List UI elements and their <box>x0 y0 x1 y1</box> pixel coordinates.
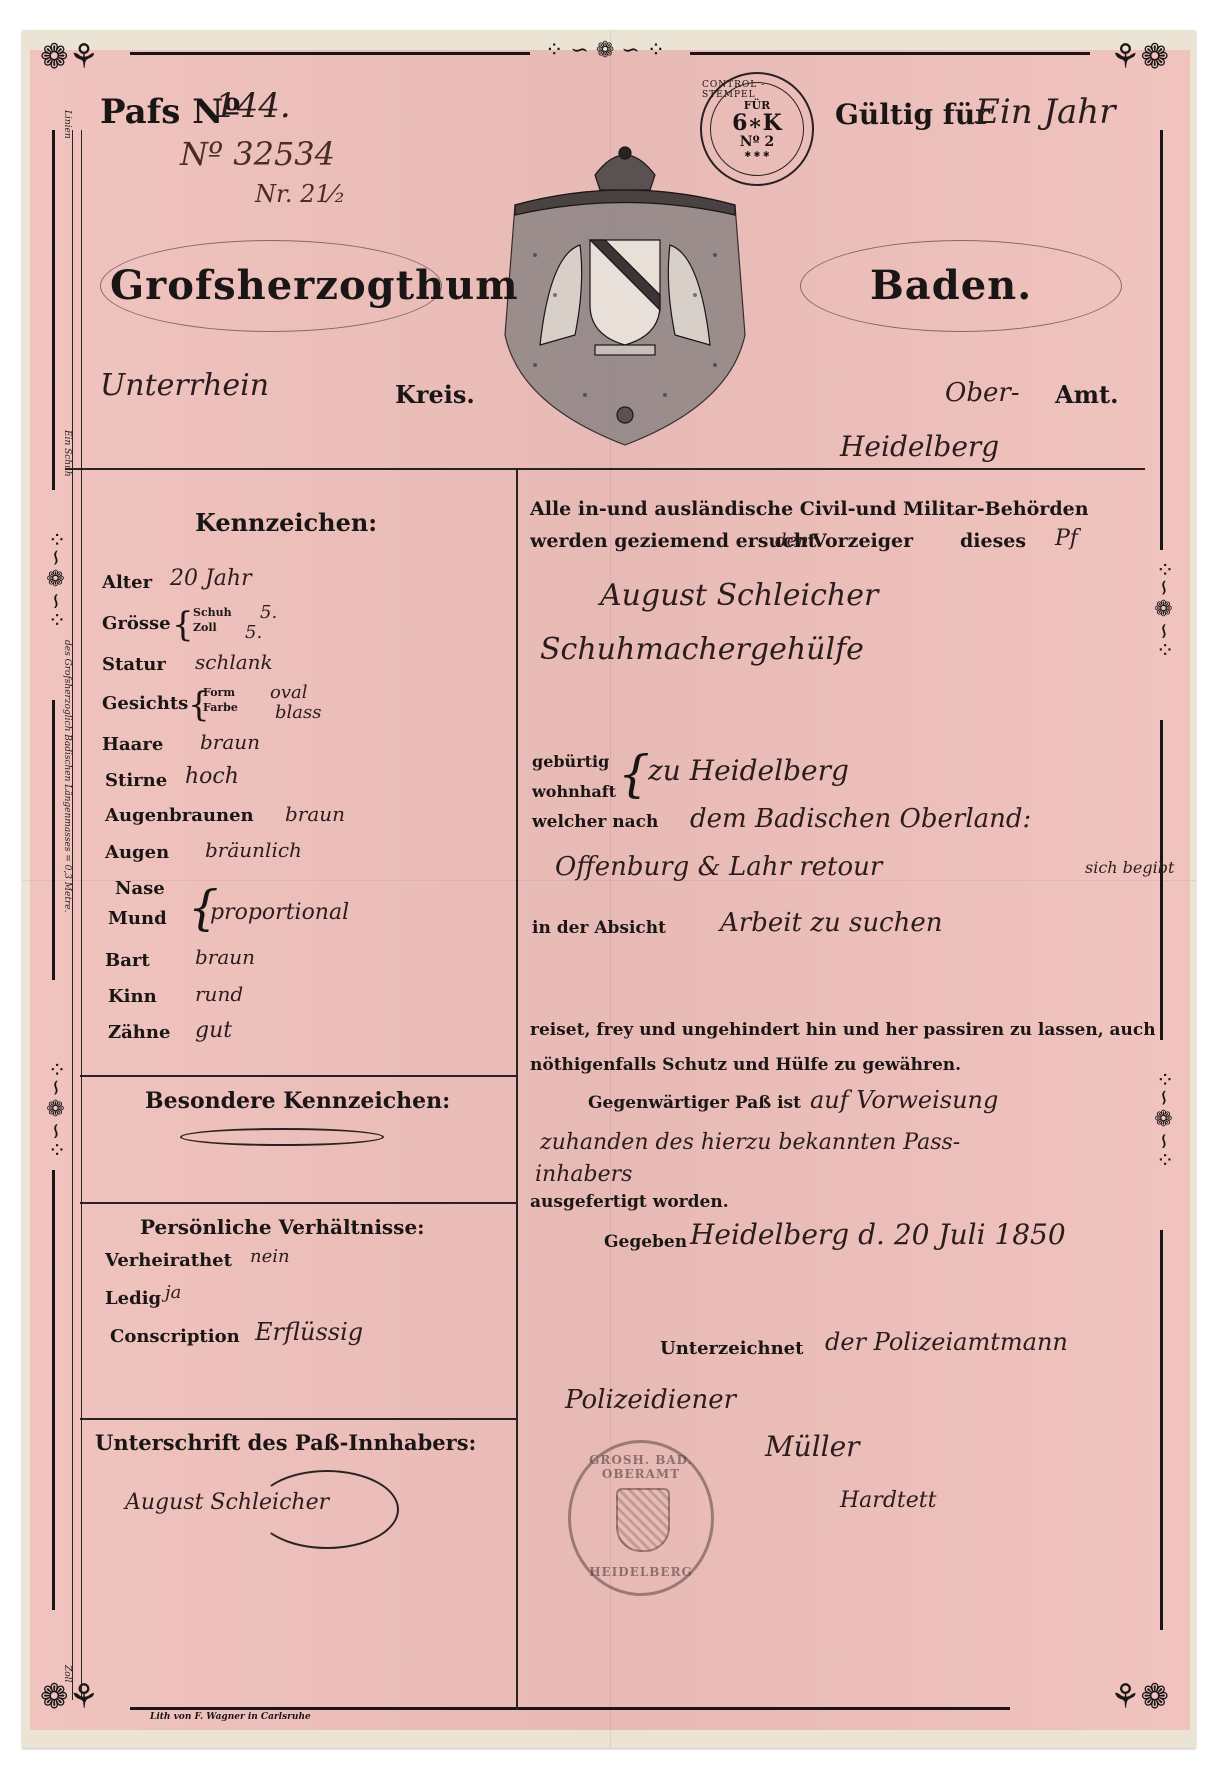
field-stirne-value: hoch <box>185 764 239 789</box>
amt-label: Amt. <box>1055 380 1118 409</box>
destination-label: welcher nach <box>532 812 658 832</box>
field-zaehne-label: Zähne <box>108 1022 170 1043</box>
intro-line-2-end: Pf <box>1055 526 1078 551</box>
field-bart-label: Bart <box>105 950 150 971</box>
persoenliche-heading: Persönliche Verhältnisse: <box>140 1215 425 1239</box>
field-mund-value: proportional <box>210 900 349 925</box>
field-nase-label: Nase <box>115 878 165 899</box>
kreis-label: Kreis. <box>395 380 475 409</box>
besondere-divider <box>80 1075 516 1077</box>
bearer-name: August Schleicher <box>600 578 878 613</box>
signature-flourish <box>255 1470 399 1549</box>
title-grossherzogthum: Grofsherzogthum <box>110 262 519 309</box>
field-groesse-schuh-value: 5. <box>260 602 277 623</box>
present-value-1: auf Vorweisung <box>810 1086 998 1114</box>
left-side-ornament-icon: ⁘∽❁∽⁘ <box>44 530 66 629</box>
conscription-label: Conscription <box>110 1326 240 1347</box>
field-statur-label: Statur <box>102 654 166 675</box>
signed-value-1: der Polizeiamtmann <box>825 1328 1068 1356</box>
clause-line-2: nöthigenfalls Schutz und Hülfe zu gewähr… <box>530 1055 961 1075</box>
brace-4-icon: { <box>618 745 650 803</box>
brace-icon: { <box>172 605 194 645</box>
besondere-heading: Besondere Kennzeichen: <box>145 1088 450 1114</box>
official-signature: Müller <box>765 1430 860 1463</box>
field-statur-value: schlank <box>195 650 273 674</box>
field-groesse-zoll-value: 5. <box>245 622 262 643</box>
seal-shield-icon <box>616 1488 670 1552</box>
amt-place: Heidelberg <box>840 430 999 463</box>
field-alter-label: Alter <box>102 572 152 593</box>
conscription-value: Erflüssig <box>255 1318 363 1346</box>
column-divider <box>516 470 518 1710</box>
field-haare-value: braun <box>200 730 260 754</box>
intro-line-2a: werden geziemend ersucht <box>530 530 816 552</box>
header-divider <box>65 468 1145 470</box>
printer-imprint: Lith von F. Wagner in Carlsruhe <box>150 1712 311 1722</box>
frame-right-rule-1 <box>1160 130 1163 550</box>
bearer-occupation: Schuhmachergehülfe <box>540 632 864 667</box>
frame-left-rule-2 <box>52 700 55 980</box>
ledig-label: Ledig <box>105 1288 161 1309</box>
coat-of-arms-icon <box>495 135 755 455</box>
field-augenbraunen-label: Augenbraunen <box>105 805 254 826</box>
field-kinn-value: rund <box>195 982 243 1006</box>
field-augen-value: bräunlich <box>205 838 302 862</box>
field-gesichts-farbe-value: blass <box>275 702 322 723</box>
field-mund-label: Mund <box>108 908 167 929</box>
left-side-ornament-2-icon: ⁘∽❁∽⁘ <box>44 1060 66 1159</box>
field-haare-label: Haare <box>102 734 163 755</box>
intro-line-2c: dieses <box>960 530 1026 552</box>
intro-line-2b: Vorzeiger <box>812 530 913 552</box>
field-augenbraunen-value: braun <box>285 802 345 826</box>
given-label: Gegeben <box>604 1232 687 1252</box>
besondere-flourish <box>180 1128 384 1146</box>
official-seal-place: HEIDELBERG <box>571 1565 711 1579</box>
valid-for-label: Gültig für <box>835 98 990 131</box>
ruler-label-linien: Linien <box>62 110 72 139</box>
corner-ornament-bottom-right-icon: ⚘❁ <box>1110 1680 1169 1714</box>
field-zaehne-value: gut <box>195 1018 232 1043</box>
present-value-2: zuhanden des hierzu bekannten Pass- <box>540 1130 960 1155</box>
frame-left-rule-1 <box>52 130 55 490</box>
top-center-ornament-icon: ⁘ ∽ ❁ ∽ ⁘ <box>545 40 665 62</box>
present-label: Gegenwärtiger Paß ist <box>588 1093 801 1113</box>
corner-ornament-bottom-left-icon: ❁⚘ <box>40 1680 99 1714</box>
verheirathet-label: Verheirathet <box>105 1250 232 1271</box>
right-side-ornament-icon: ⁘∽❁∽⁘ <box>1152 560 1174 659</box>
given-value: Heidelberg d. 20 Juli 1850 <box>690 1218 1066 1251</box>
field-kinn-label: Kinn <box>108 986 157 1007</box>
right-side-ornament-2-icon: ⁘∽❁∽⁘ <box>1152 1070 1174 1169</box>
amt-value: Ober- <box>945 378 1020 408</box>
intro-line-1: Alle in-und ausländische Civil-und Milit… <box>530 498 1089 520</box>
birth-value: zu Heidelberg <box>648 754 849 787</box>
corner-ornament-top-left-icon: ❁⚘ <box>40 40 99 74</box>
ruler-label-zoll: Zoll <box>62 1665 72 1682</box>
birth-label: gebürtig <box>532 752 609 771</box>
residence-label: wohnhaft <box>532 782 616 801</box>
signature-divider <box>80 1418 516 1420</box>
frame-right-rule-3 <box>1160 1230 1163 1630</box>
length-ruler <box>72 130 82 1700</box>
destination-value-2: Offenburg & Lahr retour <box>555 852 882 882</box>
clause-line-1: reiset, frey und ungehindert hin und her… <box>530 1020 1156 1040</box>
signature-heading: Unterschrift des Paß-Innhabers: <box>95 1430 476 1455</box>
kreis-value: Unterrhein <box>100 368 269 403</box>
field-bart-value: braun <box>195 945 255 969</box>
field-gesichts-form-value: oval <box>270 682 308 703</box>
frame-right-rule-2 <box>1160 720 1163 1040</box>
kennzeichen-heading: Kennzeichen: <box>195 508 377 537</box>
title-baden: Baden. <box>870 262 1032 309</box>
frame-bottom-rule <box>130 1707 1010 1710</box>
persoenliche-divider <box>80 1202 516 1204</box>
corner-ornament-top-right-icon: ⚘❁ <box>1110 40 1169 74</box>
frame-top-left-rule <box>130 52 530 55</box>
field-gesichts-label: Gesichts <box>102 693 188 714</box>
frame-left-rule-3 <box>52 1170 55 1610</box>
field-groesse-sub-zoll: Zoll <box>193 622 217 634</box>
purpose-label: in der Absicht <box>532 918 666 938</box>
official-seal: GROSH. BAD. OBERAMT HEIDELBERG <box>568 1440 714 1596</box>
field-alter-value: 20 Jahr <box>170 566 252 591</box>
register-note: Nr. 21⁄₂ <box>255 180 344 208</box>
destination-value-1: dem Badischen Oberland: <box>690 804 1031 834</box>
field-groesse-sub-schuh: Schuh <box>193 607 232 619</box>
frame-top-right-rule <box>690 52 1090 55</box>
verheirathet-value: nein <box>250 1246 290 1267</box>
ruler-text-measure: des Grofsherzoglich Badischen Längenmass… <box>62 640 72 912</box>
purpose-value: Arbeit zu suchen <box>720 908 943 938</box>
control-stamp-ring-text: CONTROL - STEMPEL <box>702 80 812 100</box>
pass-number-value: 144. <box>215 86 291 126</box>
field-augen-label: Augen <box>105 842 169 863</box>
valid-for-value: Ein Jahr <box>975 92 1115 132</box>
official-signature-2: Hardtett <box>840 1488 936 1513</box>
field-groesse-label: Grösse <box>102 613 171 634</box>
signed-label: Unterzeichnet <box>660 1338 803 1359</box>
intro-line-2-fill: den <box>775 530 809 551</box>
ledig-value: ja <box>165 1282 181 1303</box>
signed-value-2: Polizeidiener <box>565 1385 736 1415</box>
present-value-3: inhabers <box>535 1162 632 1187</box>
field-gesichts-sub-farbe: Farbe <box>203 702 238 714</box>
field-stirne-label: Stirne <box>105 770 167 791</box>
destination-value-3: sich begibt <box>1085 858 1174 877</box>
register-number: Nº 32534 <box>180 135 335 173</box>
official-seal-text: GROSH. BAD. OBERAMT <box>571 1453 711 1481</box>
issued-label: ausgefertigt worden. <box>530 1192 729 1212</box>
field-gesichts-sub-form: Form <box>203 687 235 699</box>
